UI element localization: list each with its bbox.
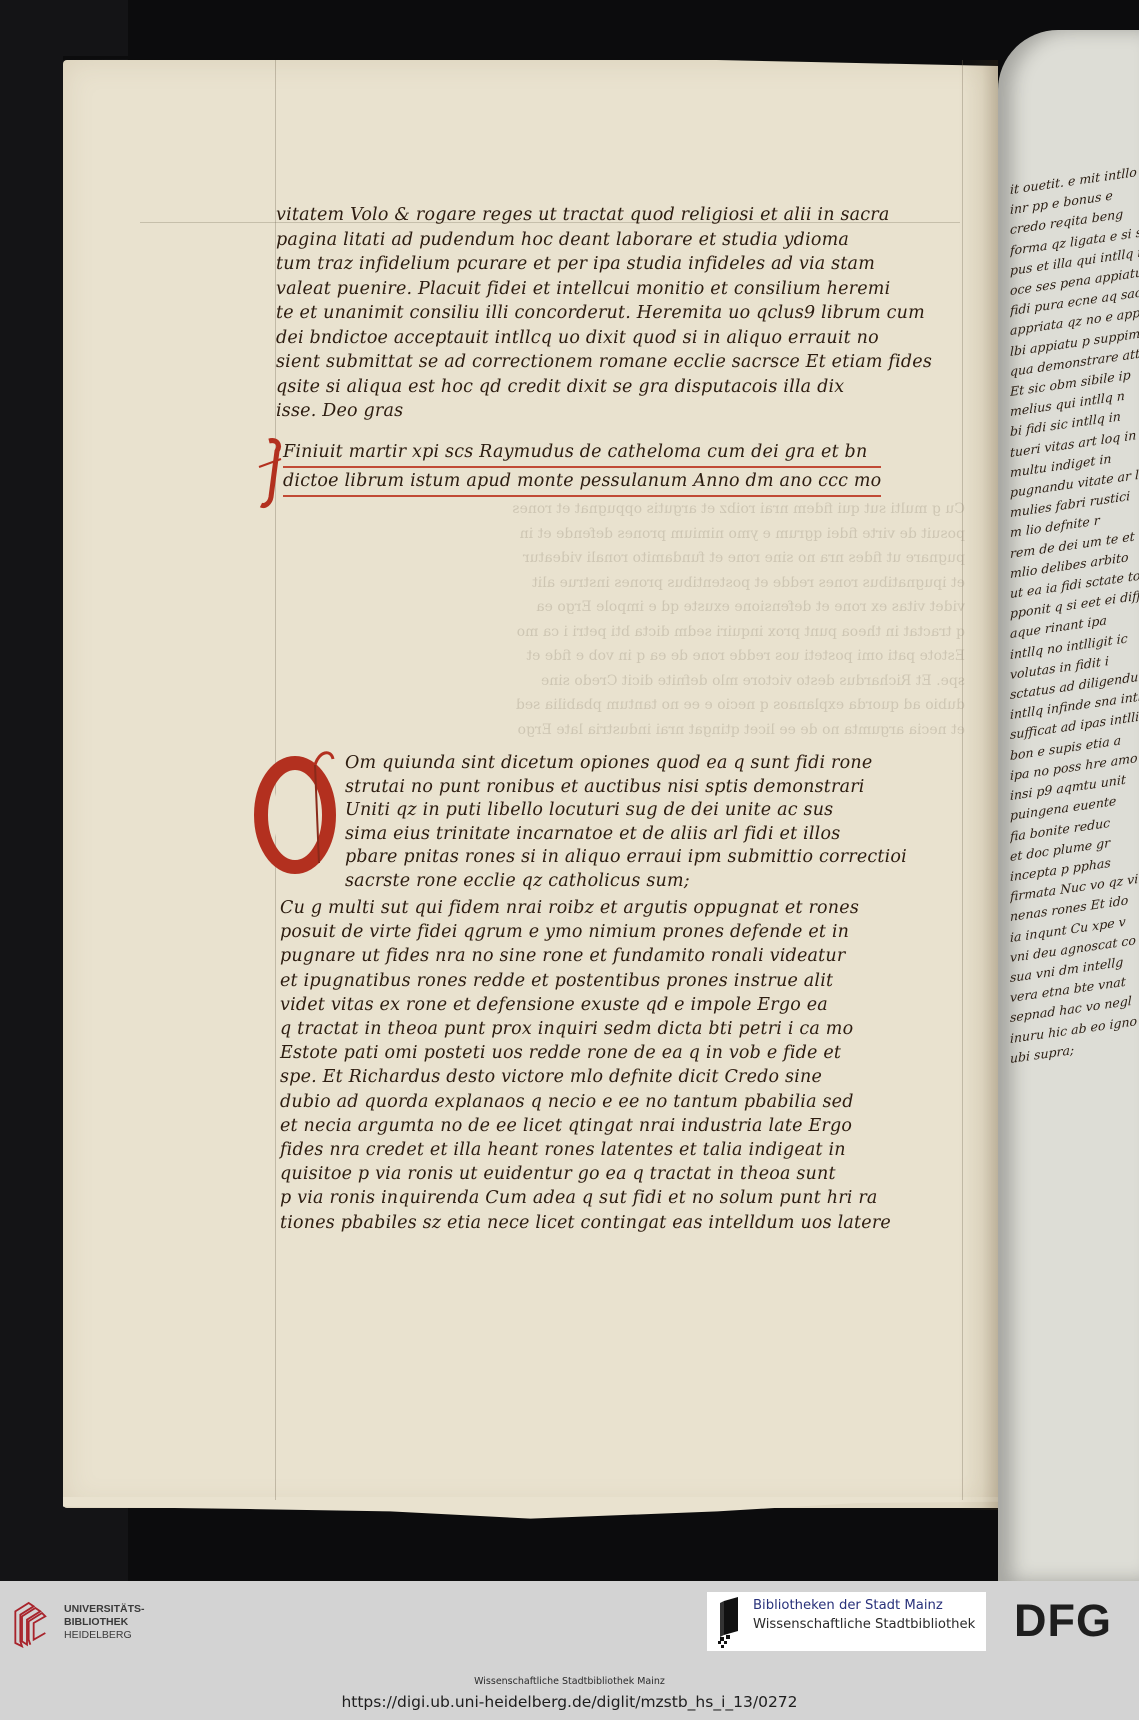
manuscript-line: dubio ad quorda explanaos q necio e ee n… (280, 1090, 891, 1114)
book-logo-icon (716, 1597, 742, 1649)
manuscript-line: spe. Et Richardus desto victore mlo defn… (280, 1065, 891, 1089)
show-through-text: Cu g multi sut qui fidem nrai roibz et a… (285, 497, 965, 742)
manuscript-line: quisitoe p via ronis ut euidentur go ea … (280, 1162, 891, 1186)
permalink-url[interactable]: https://digi.ub.uni-heidelberg.de/diglit… (0, 1693, 1139, 1711)
manuscript-line: te et unanimit consiliu illi concorderut… (276, 301, 932, 326)
rubric-initial-icon (255, 437, 285, 509)
text-block-incipit: Om quiunda sint dicetum opiones quod ea … (345, 752, 907, 893)
page-bottom-edge (63, 1497, 998, 1521)
manuscript-line: pagina litati ad pudendum hoc deant labo… (276, 228, 932, 253)
manuscript-line: vitatem Volo & rogare reges ut tractat q… (276, 203, 932, 228)
manuscript-line: tiones pbabiles sz etia nece licet conti… (280, 1211, 891, 1235)
manuscript-line: sient submittat se ad correctionem roman… (276, 350, 932, 375)
manuscript-line: Finiuit martir xpi scs Raymudus de cathe… (283, 439, 881, 468)
manuscript-line: et ipugnatibus rones redde et postentibu… (280, 969, 891, 993)
right-page-text: it ouetit. e mit intlloinr pp e bonus ec… (1010, 162, 1139, 1069)
dfg-logo[interactable]: DFG (1014, 1600, 1112, 1642)
decorated-initial-icon (253, 745, 337, 875)
manuscript-line: videt vitas ex rone et defensione exuste… (280, 993, 891, 1017)
ub-logo-line1: UNIVERSITÄTS- (64, 1603, 145, 1616)
manuscript-line: dictoe librum istum apud monte pessulanu… (283, 468, 881, 497)
manuscript-line: q tractat in theoa punt prox inquiri sed… (280, 1017, 891, 1041)
manuscript-line: isse. Deo gras (276, 399, 932, 424)
manuscript-line: p via ronis inquirenda Cum adea q sut fi… (280, 1186, 891, 1210)
manuscript-line: Om quiunda sint dicetum opiones quod ea … (345, 752, 907, 776)
gutter-fold (958, 60, 998, 1510)
manuscript-viewer: it ouetit. e mit intlloinr pp e bonus ec… (0, 0, 1139, 1581)
manuscript-line: strutai no punt ronibus et auctibus nisi… (345, 776, 907, 800)
manuscript-line: pbare pnitas rones si in aliquo erraui i… (345, 846, 907, 870)
ruling-line-right (962, 60, 963, 1500)
mainz-logo-line1: Bibliotheken der Stadt Mainz (753, 1598, 943, 1613)
manuscript-line: valeat puenire. Placuit fidei et intellc… (276, 277, 932, 302)
text-block-main: Cu g multi sut qui fidem nrai roibz et a… (280, 896, 891, 1235)
manuscript-line: tum traz infidelium pcurare et per ipa s… (276, 252, 932, 277)
manuscript-line: Estote pati omi posteti uos redde rone d… (280, 1041, 891, 1065)
credit-text: Wissenschaftliche Stadtbibliothek Mainz (0, 1676, 1139, 1687)
ub-logo-line2: BIBLIOTHEK (64, 1616, 145, 1629)
text-block-top: vitatem Volo & rogare reges ut tractat q… (276, 203, 932, 424)
manuscript-line: et necia argumta no de ee licet qtingat … (280, 1114, 891, 1138)
ub-logo-line3: HEIDELBERG (64, 1629, 145, 1642)
manuscript-line: fides nra credet et illa heant rones lat… (280, 1138, 891, 1162)
manuscript-line: sima eius trinitate incarnatoe et de ali… (345, 823, 907, 847)
manuscript-line: dei bndictoe acceptauit intllcq uo dixit… (276, 326, 932, 351)
manuscript-line: qsite si aliqua est hoc qd credit dixit … (276, 375, 932, 400)
manuscript-line: Cu g multi sut qui fidem nrai roibz et a… (280, 896, 891, 920)
ub-heidelberg-logo[interactable]: UNIVERSITÄTS- BIBLIOTHEK HEIDELBERG (64, 1603, 145, 1642)
rubric-explicit: Finiuit martir xpi scs Raymudus de cathe… (283, 439, 881, 497)
ub-heidelberg-logo-icon (12, 1594, 62, 1652)
manuscript-line: sacrste rone ecclie qz catholicus sum; (345, 870, 907, 894)
manuscript-line: posuit de virte fidei qgrum e ymo nimium… (280, 920, 891, 944)
manuscript-line: Uniti qz in puti libello locuturi sug de… (345, 799, 907, 823)
mainz-logo-line2: Wissenschaftliche Stadtbibliothek (753, 1617, 975, 1632)
manuscript-line: pugnare ut fides nra no sine rone et fun… (280, 944, 891, 968)
